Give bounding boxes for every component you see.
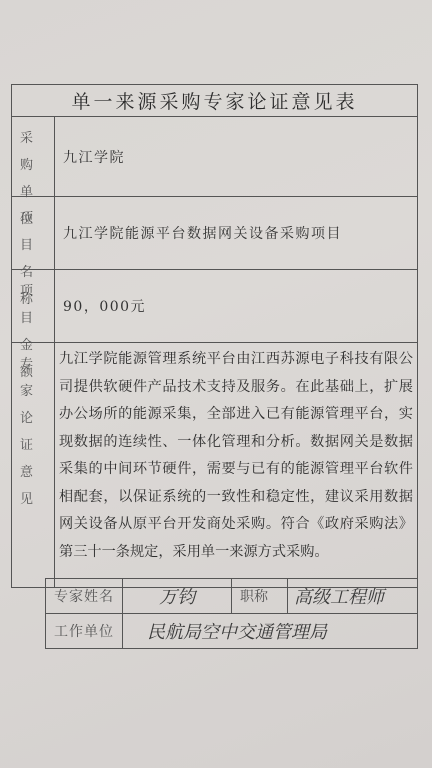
value-purchasing-unit: 九江学院 bbox=[55, 117, 417, 196]
label-expert-name: 专家姓名 bbox=[46, 579, 123, 613]
row-purchasing-unit: 采购单位 九江学院 bbox=[12, 117, 417, 197]
expert-name-row: 专家姓名 万钧 职称 高级工程师 bbox=[45, 579, 418, 614]
value-expert-opinion: 九江学院能源管理系统平台由江西苏源电子科技有限公司提供软硬件产品技术支持及服务。… bbox=[55, 343, 417, 587]
label-job-title: 职称 bbox=[232, 579, 288, 613]
opinion-form: 单一来源采购专家论证意见表 采购单位 九江学院 项目名称 九江学院能源平台数据网… bbox=[11, 84, 418, 588]
title-row: 单一来源采购专家论证意见表 bbox=[12, 85, 417, 117]
label-work-unit: 工作单位 bbox=[46, 614, 123, 648]
label-project-amount: 项目金额 bbox=[12, 270, 55, 342]
expert-job-title: 高级工程师 bbox=[288, 579, 417, 613]
row-project-name: 项目名称 九江学院能源平台数据网关设备采购项目 bbox=[12, 197, 417, 270]
expert-unit-row: 工作单位 民航局空中交通管理局 bbox=[45, 614, 418, 649]
row-expert-opinion: 专家论证意见 九江学院能源管理系统平台由江西苏源电子科技有限公司提供软硬件产品技… bbox=[12, 343, 417, 587]
value-project-amount: 90，000元 bbox=[55, 270, 417, 342]
label-project-name: 项目名称 bbox=[12, 197, 55, 269]
value-project-name: 九江学院能源平台数据网关设备采购项目 bbox=[55, 197, 417, 269]
expert-name-signature: 万钧 bbox=[123, 579, 232, 613]
expert-info-table: 专家姓名 万钧 职称 高级工程师 工作单位 民航局空中交通管理局 bbox=[45, 578, 418, 649]
row-project-amount: 项目金额 90，000元 bbox=[12, 270, 417, 343]
label-expert-opinion: 专家论证意见 bbox=[12, 343, 55, 587]
form-title: 单一来源采购专家论证意见表 bbox=[71, 87, 357, 114]
expert-work-unit: 民航局空中交通管理局 bbox=[123, 614, 417, 648]
label-purchasing-unit: 采购单位 bbox=[12, 117, 55, 196]
